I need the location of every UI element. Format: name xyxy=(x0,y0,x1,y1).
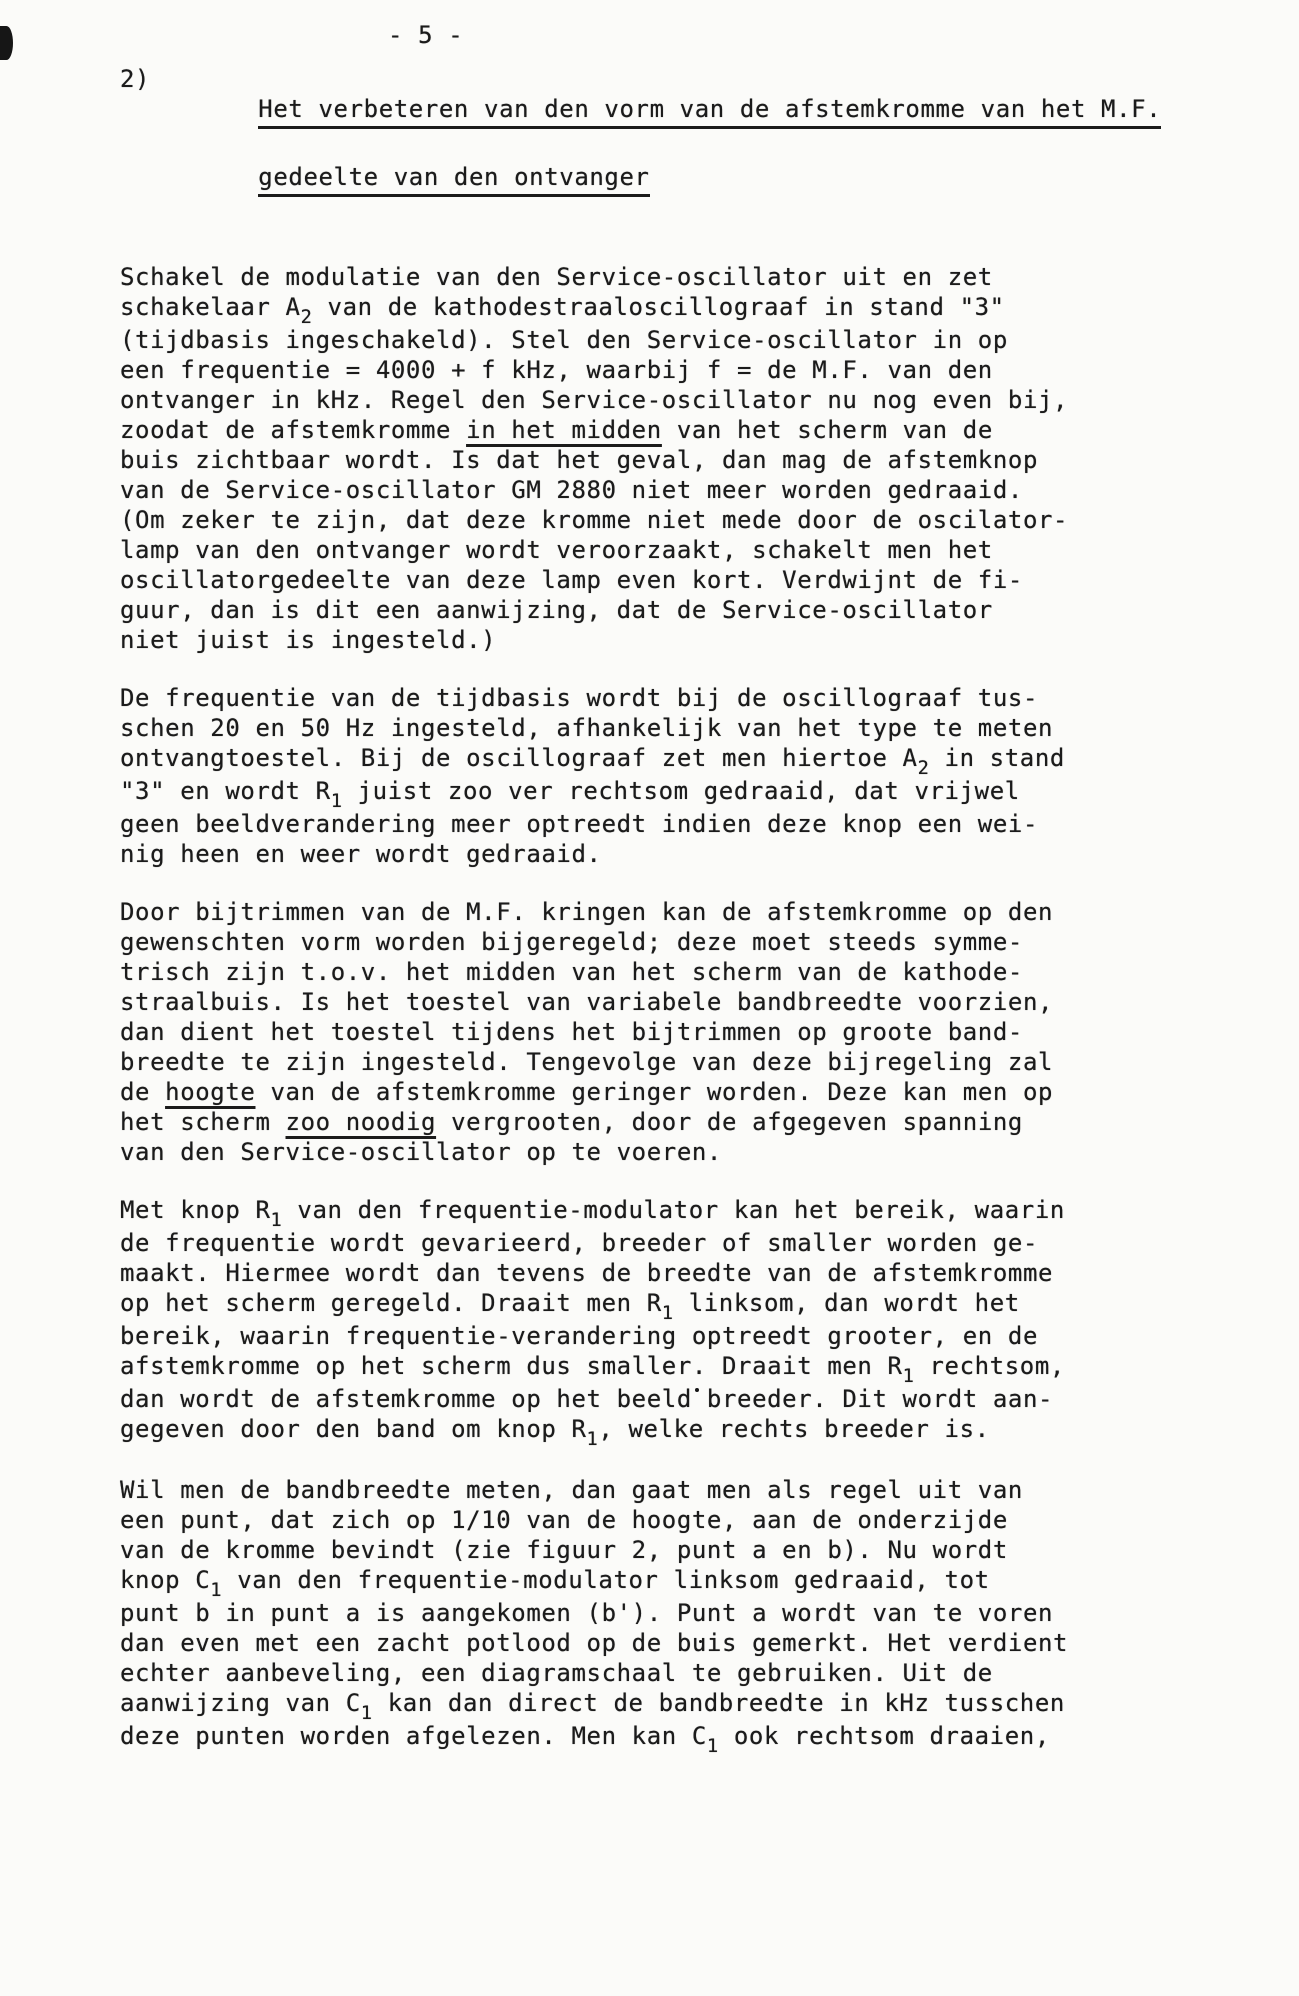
text-segment: , welke rechts breeder is. xyxy=(598,1415,989,1443)
text-line: gegeven door den band om knop R1, welke … xyxy=(120,1414,1220,1447)
text-line: echter aanbeveling, een diagramschaal te… xyxy=(120,1658,1220,1688)
text-segment: knop C xyxy=(120,1566,210,1594)
text-line: aanwijzing van C1 kan dan direct de band… xyxy=(120,1688,1220,1721)
text-line: afstemkromme op het scherm dus smaller. … xyxy=(120,1351,1220,1384)
text-segment: gegeven door den band om knop R xyxy=(120,1415,587,1443)
text-segment: trisch zijn t.o.v. het midden van het sc… xyxy=(120,958,1023,986)
text-line: op het scherm geregeld. Draait men R1 li… xyxy=(120,1288,1220,1321)
text-segment: zoodat de afstemkromme xyxy=(120,416,466,444)
text-line: dan even met een zacht potlood op de bui… xyxy=(120,1628,1220,1658)
text-line: het scherm zoo noodig vergrooten, door d… xyxy=(120,1107,1220,1137)
paragraph: De frequentie van de tijdbasis wordt bij… xyxy=(120,683,1220,869)
text-segment: lamp van den ontvanger wordt veroorzaakt… xyxy=(120,536,993,564)
text-segment: breedte te zijn ingesteld. Tengevolge va… xyxy=(120,1048,1053,1076)
text-segment: punt b in punt a is aangekomen (b'). Pun… xyxy=(120,1599,1053,1627)
text-segment: linksom, dan wordt het xyxy=(674,1289,1020,1317)
paragraph: Schakel de modulatie van den Service-osc… xyxy=(120,262,1220,655)
text-segment: het scherm xyxy=(120,1108,286,1136)
text-line: dan wordt de afstemkromme op het beeld b… xyxy=(120,1384,1220,1414)
text-segment: dan even met een zacht potlood op de bui… xyxy=(120,1629,1068,1657)
paragraph: Met knop R1 van den frequentie-modulator… xyxy=(120,1195,1220,1447)
text-segment: oscillatorgedeelte van deze lamp even ko… xyxy=(120,566,1023,594)
text-line: Door bijtrimmen van de M.F. kringen kan … xyxy=(120,897,1220,927)
text-segment: "3" en wordt R xyxy=(120,777,331,805)
text-line: de frequentie wordt gevarieerd, breeder … xyxy=(120,1228,1220,1258)
underlined-text: zoo noodig xyxy=(286,1108,437,1136)
text-segment: De frequentie van de tijdbasis wordt bij… xyxy=(120,684,1038,712)
text-segment: afstemkromme op het scherm dus smaller. … xyxy=(120,1352,903,1380)
text-segment: Wil men de bandbreedte meten, dan gaat m… xyxy=(120,1476,1023,1504)
text-segment: ontvanger in kHz. Regel den Service-osci… xyxy=(120,386,1068,414)
text-line: trisch zijn t.o.v. het midden van het sc… xyxy=(120,957,1220,987)
text-segment: bereik, waarin frequentie-verandering op… xyxy=(120,1322,1038,1350)
subscript-text: 2 xyxy=(301,307,313,328)
text-segment: juist zoo ver rechtsom gedraaid, dat vri… xyxy=(343,777,1020,805)
text-segment: van de kromme bevindt (zie figuur 2, pun… xyxy=(120,1536,1008,1564)
subscript-text: 1 xyxy=(361,1703,373,1724)
text-segment: een frequentie = 4000 + f kHz, waarbij f… xyxy=(120,356,993,384)
text-line: (tijdbasis ingeschakeld). Stel den Servi… xyxy=(120,325,1220,355)
text-line: schen 20 en 50 Hz ingesteld, afhankelijk… xyxy=(120,713,1220,743)
text-segment: de frequentie wordt gevarieerd, breeder … xyxy=(120,1229,1038,1257)
subscript-text: 2 xyxy=(918,758,930,779)
text-segment: kan dan direct de bandbreedte in kHz tus… xyxy=(373,1689,1065,1717)
text-line: van den Service-oscillator op te voeren. xyxy=(120,1137,1220,1167)
subscript-text: 1 xyxy=(271,1210,283,1231)
text-line: schakelaar A2 van de kathodestraaloscill… xyxy=(120,292,1220,325)
text-segment: van de Service-oscillator GM 2880 niet m… xyxy=(120,476,1023,504)
underlined-text: in het midden xyxy=(466,416,662,444)
text-segment: van de kathodestraaloscillograaf in stan… xyxy=(312,293,1004,321)
section-title: Het verbeteren van den vorm van de afste… xyxy=(168,64,1161,230)
text-segment: vergrooten, door de afgegeven spanning xyxy=(436,1108,1023,1136)
text-segment: van den Service-oscillator op te voeren. xyxy=(120,1138,722,1166)
subscript-text: 1 xyxy=(707,1736,719,1757)
text-segment: deze punten worden afgelezen. Men kan C xyxy=(120,1722,707,1750)
section-title-line1: Het verbeteren van den vorm van de afste… xyxy=(258,94,1161,129)
text-segment: rechtsom, xyxy=(914,1352,1065,1380)
text-segment: in stand xyxy=(929,744,1064,772)
text-line: nig heen en weer wordt gedraaid. xyxy=(120,839,1220,869)
text-segment: nig heen en weer wordt gedraaid. xyxy=(120,840,602,868)
text-line: lamp van den ontvanger wordt veroorzaakt… xyxy=(120,535,1220,565)
text-segment: van het scherm van de xyxy=(662,416,993,444)
text-line: knop C1 van den frequentie-modulator lin… xyxy=(120,1565,1220,1598)
text-line: niet juist is ingesteld.) xyxy=(120,625,1220,655)
section-number: 2) xyxy=(120,64,168,230)
text-segment: Schakel de modulatie van den Service-osc… xyxy=(120,263,993,291)
text-line: de hoogte van de afstemkromme geringer w… xyxy=(120,1077,1220,1107)
text-line: punt b in punt a is aangekomen (b'). Pun… xyxy=(120,1598,1220,1628)
text-line: geen beeldverandering meer optreedt indi… xyxy=(120,809,1220,839)
text-segment: een punt, dat zich op 1/10 van de hoogte… xyxy=(120,1506,1008,1534)
text-segment: straalbuis. Is het toestel van variabele… xyxy=(120,988,1053,1016)
text-line: "3" en wordt R1 juist zoo ver rechtsom g… xyxy=(120,776,1220,809)
text-line: guur, dan is dit een aanwijzing, dat de … xyxy=(120,595,1220,625)
text-line: van de Service-oscillator GM 2880 niet m… xyxy=(120,475,1220,505)
text-segment: dan wordt de afstemkromme op het beeld b… xyxy=(120,1385,1053,1413)
subscript-text: 1 xyxy=(210,1580,222,1601)
section-heading: 2) Het verbeteren van den vorm van de af… xyxy=(120,64,1220,230)
text-segment: echter aanbeveling, een diagramschaal te… xyxy=(120,1659,993,1687)
text-line: maakt. Hiermee wordt dan tevens de breed… xyxy=(120,1258,1220,1288)
subscript-text: 1 xyxy=(587,1429,599,1450)
text-line: bereik, waarin frequentie-verandering op… xyxy=(120,1321,1220,1351)
text-segment: (tijdbasis ingeschakeld). Stel den Servi… xyxy=(120,326,1008,354)
text-line: een punt, dat zich op 1/10 van de hoogte… xyxy=(120,1505,1220,1535)
text-segment: guur, dan is dit een aanwijzing, dat de … xyxy=(120,596,993,624)
text-segment: schen 20 en 50 Hz ingesteld, afhankelijk… xyxy=(120,714,1053,742)
text-line: buis zichtbaar wordt. Is dat het geval, … xyxy=(120,445,1220,475)
subscript-text: 1 xyxy=(903,1366,915,1387)
text-segment: geen beeldverandering meer optreedt indi… xyxy=(120,810,1038,838)
text-segment: aanwijzing van C xyxy=(120,1689,361,1717)
text-segment: maakt. Hiermee wordt dan tevens de breed… xyxy=(120,1259,1053,1287)
text-segment: Door bijtrimmen van de M.F. kringen kan … xyxy=(120,898,1053,926)
paragraph: Wil men de bandbreedte meten, dan gaat m… xyxy=(120,1475,1220,1754)
text-line: een frequentie = 4000 + f kHz, waarbij f… xyxy=(120,355,1220,385)
text-segment: ontvangtoestel. Bij de oscillograaf zet … xyxy=(120,744,918,772)
subscript-text: 1 xyxy=(331,791,343,812)
text-line: Schakel de modulatie van den Service-osc… xyxy=(120,262,1220,292)
text-line: breedte te zijn ingesteld. Tengevolge va… xyxy=(120,1047,1220,1077)
text-segment: (Om zeker te zijn, dat deze kromme niet … xyxy=(120,506,1068,534)
subscript-text: 1 xyxy=(662,1303,674,1324)
text-line: straalbuis. Is het toestel van variabele… xyxy=(120,987,1220,1017)
text-segment: van den frequentie-modulator kan het ber… xyxy=(282,1196,1065,1224)
text-line: dan dient het toestel tijdens het bijtri… xyxy=(120,1017,1220,1047)
text-segment: schakelaar A xyxy=(120,293,301,321)
text-segment: buis zichtbaar wordt. Is dat het geval, … xyxy=(120,446,1038,474)
document-body: Schakel de modulatie van den Service-osc… xyxy=(120,262,1220,1754)
text-line: Met knop R1 van den frequentie-modulator… xyxy=(120,1195,1220,1228)
text-line: ontvanger in kHz. Regel den Service-osci… xyxy=(120,385,1220,415)
text-segment: van den frequentie-modulator linksom ged… xyxy=(222,1566,990,1594)
section-title-line2: gedeelte van den ontvanger xyxy=(258,162,649,197)
text-line: ontvangtoestel. Bij de oscillograaf zet … xyxy=(120,743,1220,776)
text-segment: van de afstemkromme geringer worden. Dez… xyxy=(255,1078,1053,1106)
text-segment: de xyxy=(120,1078,165,1106)
text-segment: ook rechtsom draaien, xyxy=(719,1722,1050,1750)
underlined-text: hoogte xyxy=(165,1078,255,1106)
text-line: De frequentie van de tijdbasis wordt bij… xyxy=(120,683,1220,713)
text-line: Wil men de bandbreedte meten, dan gaat m… xyxy=(120,1475,1220,1505)
text-line: deze punten worden afgelezen. Men kan C1… xyxy=(120,1721,1220,1754)
text-segment: gewenschten vorm worden bijgeregeld; dez… xyxy=(120,928,1023,956)
text-line: van de kromme bevindt (zie figuur 2, pun… xyxy=(120,1535,1220,1565)
text-segment: op het scherm geregeld. Draait men R xyxy=(120,1289,662,1317)
text-line: zoodat de afstemkromme in het midden van… xyxy=(120,415,1220,445)
document-page: - 5 - 2) Het verbeteren van den vorm van… xyxy=(0,0,1220,1754)
page-number: - 5 - xyxy=(388,20,1220,50)
text-line: oscillatorgedeelte van deze lamp even ko… xyxy=(120,565,1220,595)
text-line: gewenschten vorm worden bijgeregeld; dez… xyxy=(120,927,1220,957)
text-line: (Om zeker te zijn, dat deze kromme niet … xyxy=(120,505,1220,535)
text-segment: niet juist is ingesteld.) xyxy=(120,626,496,654)
text-segment: dan dient het toestel tijdens het bijtri… xyxy=(120,1018,1023,1046)
paragraph: Door bijtrimmen van de M.F. kringen kan … xyxy=(120,897,1220,1167)
text-segment: Met knop R xyxy=(120,1196,271,1224)
